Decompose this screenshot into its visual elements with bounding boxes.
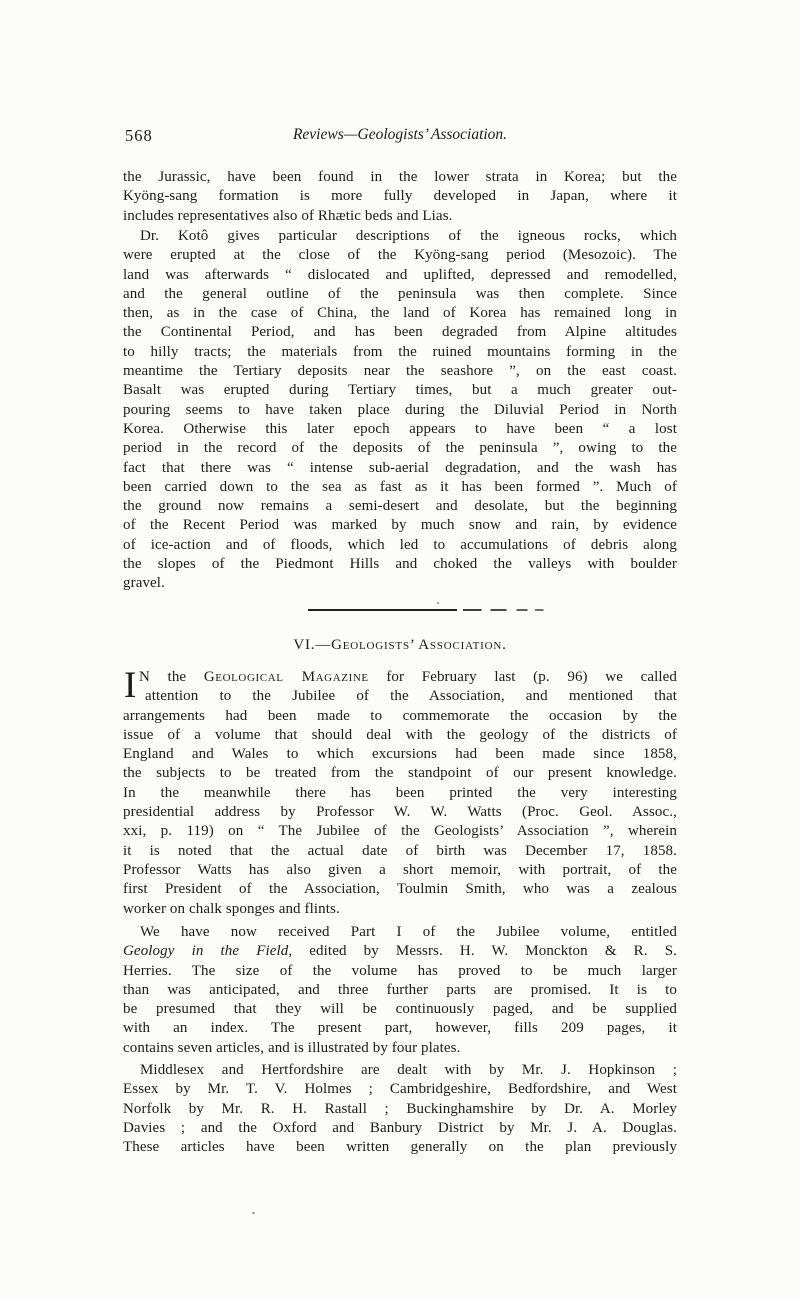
text-line: then, as in the case of China, the land …: [123, 304, 677, 323]
text-line: meantime the Tertiary deposits near the …: [123, 362, 677, 381]
section-divider-rule: [308, 609, 556, 611]
italic-text: Geology in the Field,: [123, 943, 292, 959]
small-caps-text: N the: [139, 669, 204, 685]
text-line: presidential address by Professor W. W. …: [123, 803, 677, 822]
text-line: Norfolk by Mr. R. H. Rastall ; Buckingha…: [123, 1100, 677, 1119]
text-line: Professor Watts has also given a short m…: [123, 861, 677, 880]
text-line: the subjects to be treated from the stan…: [123, 764, 677, 783]
text-line: been carried down to the sea as fast as …: [123, 478, 677, 497]
text-line: the ground now remains a semi-desert and…: [123, 497, 677, 516]
text-line: arrangements had been made to commemorat…: [123, 707, 677, 726]
text-line: England and Wales to which excursions ha…: [123, 745, 677, 764]
small-caps-text: for February last (p. 96) we called: [369, 669, 677, 685]
text-line: issue of a volume that should deal with …: [123, 726, 677, 745]
drop-cap-initial: I: [124, 668, 136, 703]
page-number: 568: [125, 126, 153, 146]
text-line: Davies ; and the Oxford and Banbury Dist…: [123, 1119, 677, 1138]
text-line: first President of the Association, Toul…: [123, 880, 677, 899]
text-line: Essex by Mr. T. V. Holmes ; Cambridgeshi…: [123, 1080, 677, 1099]
text-line: Kyöng-sang formation is more fully devel…: [123, 187, 677, 206]
text-line: Geology in the Field, edited by Messrs. …: [123, 942, 677, 961]
small-caps-text: Geological Magazine: [204, 669, 369, 685]
text-line: it is noted that the actual date of birt…: [123, 842, 677, 861]
text-line: worker on chalk sponges and flints.: [123, 900, 677, 919]
text-line: attention to the Jubilee of the Associat…: [123, 687, 677, 706]
text-line: were erupted at the close of the Kyöng-s…: [123, 246, 677, 265]
text-line: contains seven articles, and is illustra…: [123, 1039, 677, 1058]
text-line: xxi, p. 119) on “ The Jubilee of the Geo…: [123, 822, 677, 841]
text-line: fact that there was “ intense sub-aerial…: [123, 459, 677, 478]
text-line: period in the record of the deposits of …: [123, 439, 677, 458]
text-line: the Continental Period, and has been deg…: [123, 323, 677, 342]
text-line: Basalt was erupted during Tertiary times…: [123, 381, 677, 400]
scan-speck: [252, 1212, 255, 1214]
scan-speck: [437, 602, 439, 604]
scanned-page: 568 Reviews—Geologists’ Association. the…: [0, 0, 800, 1300]
text-line: to hilly tracts; the materials from the …: [123, 343, 677, 362]
text-line: the Jurassic, have been found in the low…: [123, 168, 677, 187]
text-line: of the Recent Period was marked by much …: [123, 516, 677, 535]
text-line: Middlesex and Hertfordshire are dealt wi…: [123, 1061, 677, 1080]
paragraph-korea-strata: the Jurassic, have been found in the low…: [123, 168, 677, 226]
paragraph-county-authors: Middlesex and Hertfordshire are dealt wi…: [123, 1061, 677, 1157]
running-head: Reviews—Geologists’ Association.: [123, 126, 677, 144]
page-header: 568 Reviews—Geologists’ Association.: [123, 126, 677, 148]
text-line: with an index. The present part, however…: [123, 1019, 677, 1038]
text-line: be presumed that they will be continuous…: [123, 1000, 677, 1019]
paragraph-jubilee-volume: We have now received Part I of the Jubil…: [123, 923, 677, 1058]
text-line: Dr. Kotô gives particular descriptions o…: [123, 227, 677, 246]
text-line: gravel.: [123, 574, 677, 593]
text-line: land was afterwards “ dislocated and upl…: [123, 266, 677, 285]
text-line: than was anticipated, and three further …: [123, 981, 677, 1000]
text-line: of ice-action and of floods, which led t…: [123, 536, 677, 555]
text-line: the slopes of the Piedmont Hills and cho…: [123, 555, 677, 574]
text-line: includes representatives also of Rhætic …: [123, 207, 677, 226]
small-caps-text: edited by Messrs. H. W. Monckton & R. S.: [292, 943, 677, 959]
paragraph-jubilee-announcement: I N the Geological Magazine for February…: [123, 668, 677, 919]
text-line: Korea. Otherwise this later epoch appear…: [123, 420, 677, 439]
paragraph-koto-igneous-rocks: Dr. Kotô gives particular descriptions o…: [123, 227, 677, 594]
text-line: In the meanwhile there has been printed …: [123, 784, 677, 803]
text-line: pouring seems to have taken place during…: [123, 401, 677, 420]
text-line: and the general outline of the peninsula…: [123, 285, 677, 304]
section-heading: VI.—Geologists’ Association.: [123, 637, 677, 654]
text-line: We have now received Part I of the Jubil…: [123, 923, 677, 942]
text-line: Herries. The size of the volume has prov…: [123, 962, 677, 981]
text-line: N the Geological Magazine for February l…: [123, 668, 677, 687]
text-line: These articles have been written general…: [123, 1138, 677, 1157]
